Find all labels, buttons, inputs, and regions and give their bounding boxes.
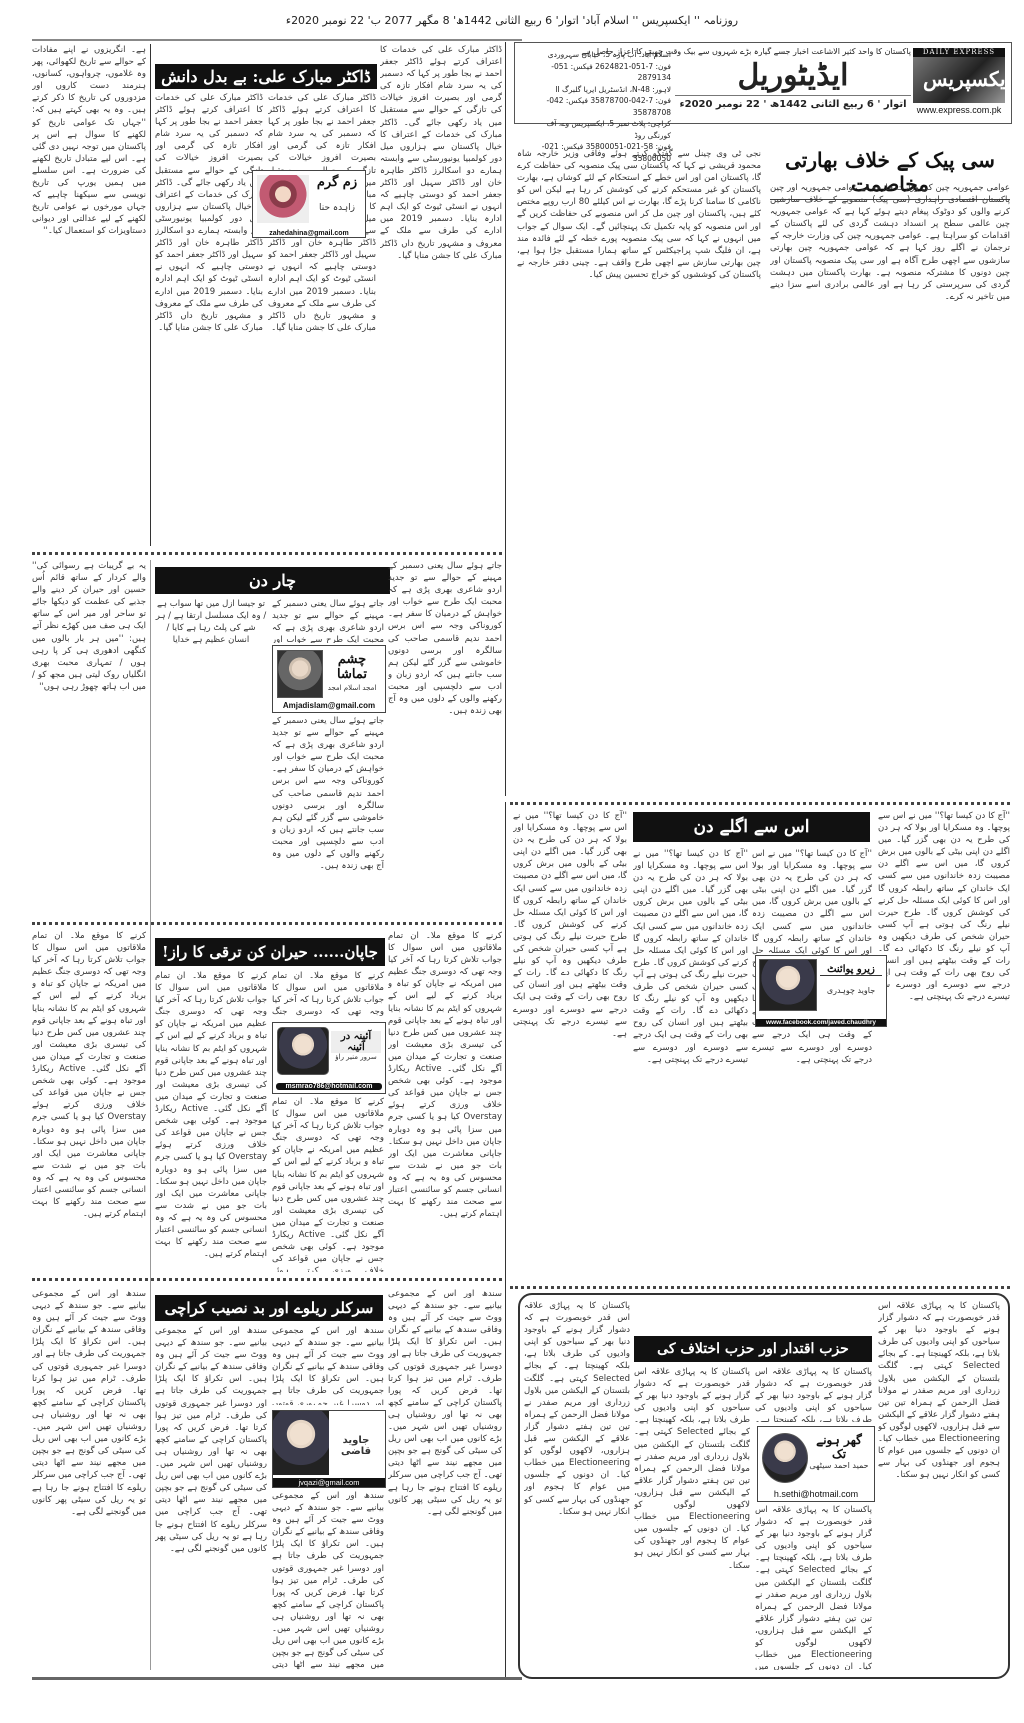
contact-block: اسلام آباد: آب پارہ 5، خیابان سہروردی فو… xyxy=(521,49,671,164)
article-chaar-din-col3: جاتے ہوئے سال یعنی دسمبر کے مہینے کے حوا… xyxy=(272,715,384,918)
masthead-date: اتوار ' 6 ربیع الثانی 1442ھ ' 22 نومبر 2… xyxy=(675,95,911,110)
section-divider xyxy=(32,922,502,925)
article-circular-railway-col4: سندھ اور اس کے مجموعی بیانیے سے۔ جو سندھ… xyxy=(272,1490,384,1670)
author-photo xyxy=(277,650,323,698)
column-divider xyxy=(150,560,151,1670)
article-circular-railway-col2: سندھ اور اس کے مجموعی بیانیے سے۔ جو سندھ… xyxy=(272,1325,384,1405)
article-hizb-col3: پاکستان کا یہ پہاڑی علاقہ اس قدر خوبصورت… xyxy=(634,1366,750,1670)
contact-line: اسلام آباد: آب پارہ 5، خیابان سہروردی xyxy=(521,49,671,61)
article-chaar-din-col2: جاتے ہوئے سال یعنی دسمبر کے مہینے کے حوا… xyxy=(272,598,384,643)
byline-box-zahida-hina: زم گرم زاہدہ حنا zahedahina@gmail.com xyxy=(252,170,366,238)
bottom-rule xyxy=(32,1677,522,1680)
article-headline-chaar-din: چار دن xyxy=(155,567,390,594)
author-name: جاوید چوہدری xyxy=(820,986,882,995)
article-japan-col2: کرنے کا موقع ملا۔ ان تمام ملاقاتوں میں ا… xyxy=(272,970,384,1018)
article-circular-railway-col3: سندھ اور اس کے مجموعی بیانیے سے۔ جو سندھ… xyxy=(155,1325,267,1670)
author-photo xyxy=(277,1027,329,1075)
section-title: ایڈیٹوریل xyxy=(675,58,911,93)
left-column-continuation: ہے۔ انگریزوں نے اپنے مفادات کے حوالے سے … xyxy=(32,44,146,546)
author-name: حمید احمد سیٹھی xyxy=(808,1461,870,1470)
article-mubarak-ali-col1: ڈاکٹر مبارک علی کی خدمات کا اعتراف کرتے … xyxy=(380,44,502,546)
article-mubarak-ali-col2: ڈاکٹر مبارک علی کی خدمات کا اعتراف کرتے … xyxy=(268,92,376,546)
article-us-se-aglay-din-col2: ''آج کا دن کیسا تھا؟'' میں نے اس سے پوچھ… xyxy=(752,848,872,1280)
masthead: DAILY EXPRESS ایکسپریس www.express.com.p… xyxy=(514,42,1012,124)
author-name: زاہدہ حنا xyxy=(313,203,361,213)
article-us-se-aglay-din-col1: ''آج کا دن کیسا تھا؟'' میں نے اس سے پوچھ… xyxy=(878,810,1010,1280)
article-headline-us-se-aglay-din: اس سے اگلے دن xyxy=(633,812,870,842)
author-name: سرور منیر راؤ xyxy=(331,1053,381,1061)
author-email[interactable]: jvqazi@gmail.com xyxy=(273,1478,385,1487)
column-logo: آئینہ در آئینہ xyxy=(331,1031,381,1053)
masthead-center: پاکستان کا واحد کثیر الاشاعت اخبار جسے گ… xyxy=(675,47,911,110)
contact-line: لاہور: N-48، انڈسٹریل ایریا گلبرگ II xyxy=(521,84,671,96)
article-us-se-aglay-din-col4: ''آج کا دن کیسا تھا؟'' میں نے اس سے پوچھ… xyxy=(513,810,627,1280)
article-headline-circular-railway: سرکلر ریلوے اور بد نصیب کراچی xyxy=(155,1295,383,1321)
contact-line: کراچی: پلاٹ نمبر 5، ایکسپریس وے، آف کورن… xyxy=(521,118,671,141)
contact-line: فون: 7-042-35878700 فیکس: 042-35878708 xyxy=(521,95,671,118)
byline-box-sarwar-munir-rao: آئینہ در آئینہ سرور منیر راؤ msmrao786@h… xyxy=(272,1022,386,1094)
article-mubarak-ali-col3: ڈاکٹر مبارک علی کی خدمات کا اعتراف کرتے … xyxy=(155,92,263,546)
dateline: روزنامہ '' ایکسپریس '' اسلام آباد' اتوار… xyxy=(0,14,1024,27)
author-photo xyxy=(257,175,309,223)
article-circular-railway-col1: سندھ اور اس کے مجموعی بیانیے سے۔ جو سندھ… xyxy=(388,1288,502,1670)
byline-box-hameed-sethi: گھر ہونے تک حمید احمد سیٹھی h.sethi@hotm… xyxy=(757,1426,875,1502)
author-photo xyxy=(759,959,817,1011)
column-divider xyxy=(150,44,151,546)
article-headline-hizb: حزب اقتدار اور حزب اختلاف کی سیاست xyxy=(634,1336,872,1362)
column-logo: گھر ہونے تک xyxy=(808,1433,870,1461)
article-japan-col3: کرنے کا موقع ملا۔ ان تمام ملاقاتوں میں ا… xyxy=(155,970,267,1272)
author-photo xyxy=(273,1411,329,1475)
section-divider xyxy=(510,1286,1010,1289)
author-photo xyxy=(762,1433,808,1483)
column-logo: زیرو پوائنٹ xyxy=(820,964,882,976)
byline-box-javed-chaudhry: زیرو پوائنٹ جاوید چوہدری www.facebook.co… xyxy=(755,955,887,1027)
article-headline-japan: جاپان...... حیران کن ترقی کا راز! xyxy=(155,938,385,966)
article-chaar-din-poem: تو جیسا ازل میں تھا سواب ہے / وہ ایک مسل… xyxy=(155,598,267,918)
article-circular-railway-left: سندھ اور اس کے مجموعی بیانیے سے۔ جو سندھ… xyxy=(32,1288,146,1670)
author-email[interactable]: www.facebook.com/javed.chaudhry xyxy=(756,1019,886,1026)
contact-line: فون: 7-051-2624821 فیکس: 051-2879134 xyxy=(521,61,671,84)
author-email[interactable]: h.sethi@hotmail.com xyxy=(758,1489,874,1499)
author-name: جاوید قاضی xyxy=(331,1435,381,1457)
article-hizb-col4: پاکستان کا یہ پہاڑی علاقہ اس قدر خوبصورت… xyxy=(524,1300,630,1670)
byline-box-amjad-islam: چشم تماشا امجد اسلام امجد Amjadislam@gma… xyxy=(272,645,386,713)
article-chaar-din-left: یہ بے گریبات ہے رسوائی کی'' والے کردار ک… xyxy=(32,560,146,918)
express-logo[interactable]: DAILY EXPRESS ایکسپریس www.express.com.p… xyxy=(913,48,1005,118)
column-logo: زم گرم xyxy=(313,175,361,190)
site-url[interactable]: www.express.com.pk xyxy=(913,105,1005,115)
column-divider xyxy=(505,1282,506,1677)
article-hizb-col5: پاکستان کا یہ پہاڑی علاقہ اس قدر خوبصورت… xyxy=(755,1504,872,1670)
article-japan-col4: کرنے کا موقع ملا۔ ان تمام ملاقاتوں میں ا… xyxy=(272,1096,384,1272)
article-chaar-din-col1: جاتے ہوئے سال یعنی دسمبر کے مہینے کے حوا… xyxy=(388,560,502,918)
byline-box-javed-qazi: جاوید قاضی jvqazi@gmail.com xyxy=(272,1410,386,1488)
section-divider xyxy=(510,802,1010,805)
brand-bar: DAILY EXPRESS xyxy=(913,48,1005,57)
article-hizb-col2: پاکستان کا یہ پہاڑی علاقہ اس قدر خوبصورت… xyxy=(755,1366,872,1422)
author-name: امجد اسلام امجد xyxy=(323,684,381,692)
section-divider xyxy=(32,1278,502,1281)
author-email[interactable]: zahedahina@gmail.com xyxy=(253,230,365,237)
top-rule xyxy=(32,39,522,41)
masthead-tagline: پاکستان کا واحد کثیر الاشاعت اخبار جسے گ… xyxy=(675,47,911,56)
article-headline-mubarak-ali: ڈاکٹر مبارک علی: بے بدل دانش ور xyxy=(155,64,377,89)
editorial-col-left: نجی ٹی وی چینل سے گفتگو کرتے ہوئے وفاقی … xyxy=(517,148,761,796)
article-japan-col1: کرنے کا موقع ملا۔ ان تمام ملاقاتوں میں ا… xyxy=(388,930,502,1272)
author-email[interactable]: Amjadislam@gmail.com xyxy=(275,701,383,710)
article-hizb-col1: پاکستان کا یہ پہاڑی علاقہ اس قدر خوبصورت… xyxy=(878,1300,1000,1670)
article-japan-left: کرنے کا موقع ملا۔ ان تمام ملاقاتوں میں ا… xyxy=(32,930,146,1272)
brand-logo-icon: ایکسپریس xyxy=(913,57,1005,103)
article-us-se-aglay-din-col3: ''آج کا دن کیسا تھا؟'' میں نے اس سے پوچھ… xyxy=(633,848,748,1280)
author-email[interactable]: msmrao786@hotmail.com xyxy=(276,1083,382,1090)
column-logo: چشم تماشا xyxy=(323,652,381,682)
editorial-col-right: عوامی جمہوریہ چین کی وزارت خارجہ نے عوام… xyxy=(770,182,1010,797)
section-divider xyxy=(32,552,502,555)
brand-logo-text: ایکسپریس xyxy=(923,67,1011,91)
column-divider xyxy=(505,42,506,796)
column-divider xyxy=(505,802,506,1282)
